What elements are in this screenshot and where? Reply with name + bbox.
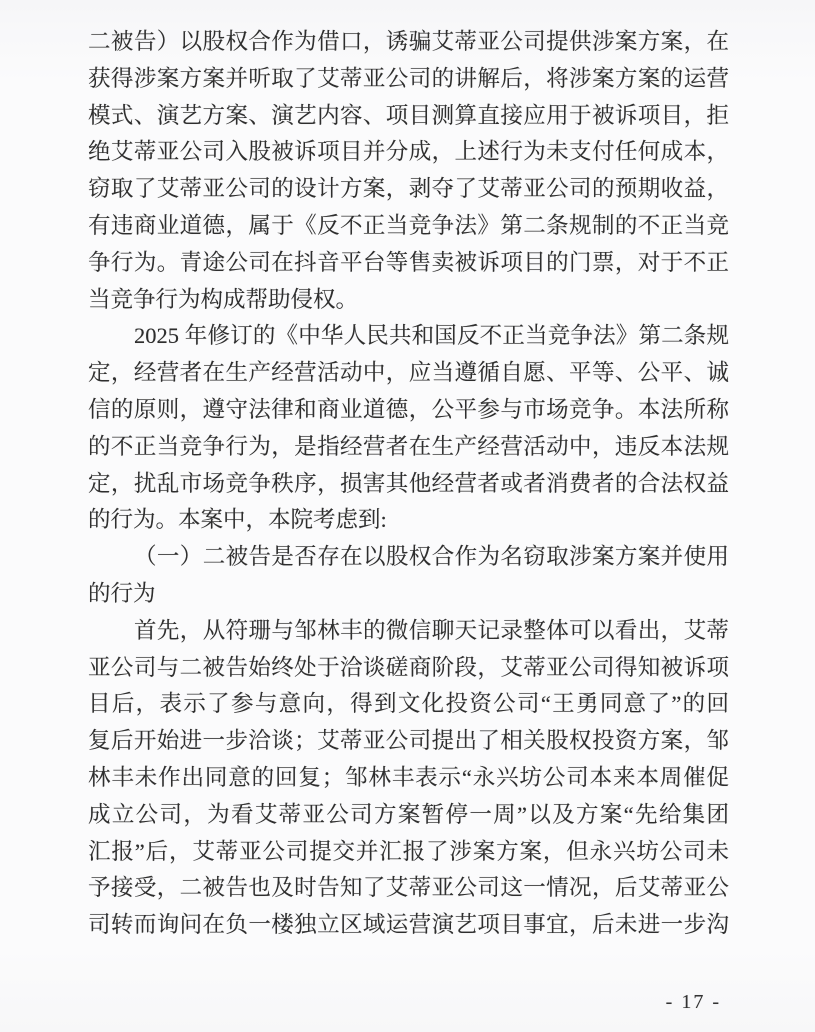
text-line: 林丰未作出同意的回复；邹林丰表示“永兴坊公司本来本周催促 xyxy=(88,760,729,797)
text-line: 定，扰乱市场竞争秩序，损害其他经营者或者消费者的合法权益 xyxy=(88,466,729,503)
text-line: 二被告）以股权合作为借口，诱骗艾蒂亚公司提供涉案方案，在 xyxy=(88,24,729,61)
text-line: 亚公司与二被告始终处于洽谈磋商阶段，艾蒂亚公司得知被诉项 xyxy=(88,650,729,687)
text-line: 复后开始进一步洽谈；艾蒂亚公司提出了相关股权投资方案，邹 xyxy=(88,723,729,760)
text-line: 2025 年修订的《中华人民共和国反不正当竞争法》第二条规 xyxy=(88,318,729,355)
text-line: 模式、演艺方案、演艺内容、项目测算直接应用于被诉项目，拒 xyxy=(88,98,729,135)
text-line: 目后，表示了参与意向，得到文化投资公司“王勇同意了”的回 xyxy=(88,686,729,723)
text-line: 获得涉案方案并听取了艾蒂亚公司的讲解后，将涉案方案的运营 xyxy=(88,61,729,98)
page-number: - 17 - xyxy=(666,991,721,1014)
text-line: 司转而询问在负一楼独立区域运营演艺项目事宜，后未进一步沟 xyxy=(88,907,729,944)
document-page: 二被告）以股权合作为借口，诱骗艾蒂亚公司提供涉案方案，在获得涉案方案并听取了艾蒂… xyxy=(0,0,815,1032)
text-line: 绝艾蒂亚公司入股被诉项目并分成，上述行为未支付任何成本， xyxy=(88,134,729,171)
text-line: 的不正当竞争行为，是指经营者在生产经营活动中，违反本法规 xyxy=(88,429,729,466)
text-line: 汇报”后，艾蒂亚公司提交并汇报了涉案方案，但永兴坊公司未 xyxy=(88,834,729,871)
text-line: 首先，从符珊与邹林丰的微信聊天记录整体可以看出，艾蒂 xyxy=(88,613,729,650)
text-line: 予接受，二被告也及时告知了艾蒂亚公司这一情况，后艾蒂亚公 xyxy=(88,870,729,907)
text-line: 的行为。本案中，本院考虑到: xyxy=(88,502,729,539)
text-line: 争行为。青途公司在抖音平台等售卖被诉项目的门票，对于不正 xyxy=(88,245,729,282)
text-line: （一）二被告是否存在以股权合作为名窃取涉案方案并使用 xyxy=(88,539,729,576)
document-text: 二被告）以股权合作为借口，诱骗艾蒂亚公司提供涉案方案，在获得涉案方案并听取了艾蒂… xyxy=(88,24,729,944)
text-line: 窃取了艾蒂亚公司的设计方案，剥夺了艾蒂亚公司的预期收益， xyxy=(88,171,729,208)
text-line: 成立公司，为看艾蒂亚公司方案暂停一周”以及方案“先给集团 xyxy=(88,797,729,834)
text-line: 定，经营者在生产经营活动中，应当遵循自愿、平等、公平、诚 xyxy=(88,355,729,392)
text-line: 当竞争行为构成帮助侵权。 xyxy=(88,282,729,319)
text-line: 有违商业道德，属于《反不正当竞争法》第二条规制的不正当竞 xyxy=(88,208,729,245)
text-line: 的行为 xyxy=(88,576,729,613)
text-line: 信的原则，遵守法律和商业道德，公平参与市场竞争。本法所称 xyxy=(88,392,729,429)
